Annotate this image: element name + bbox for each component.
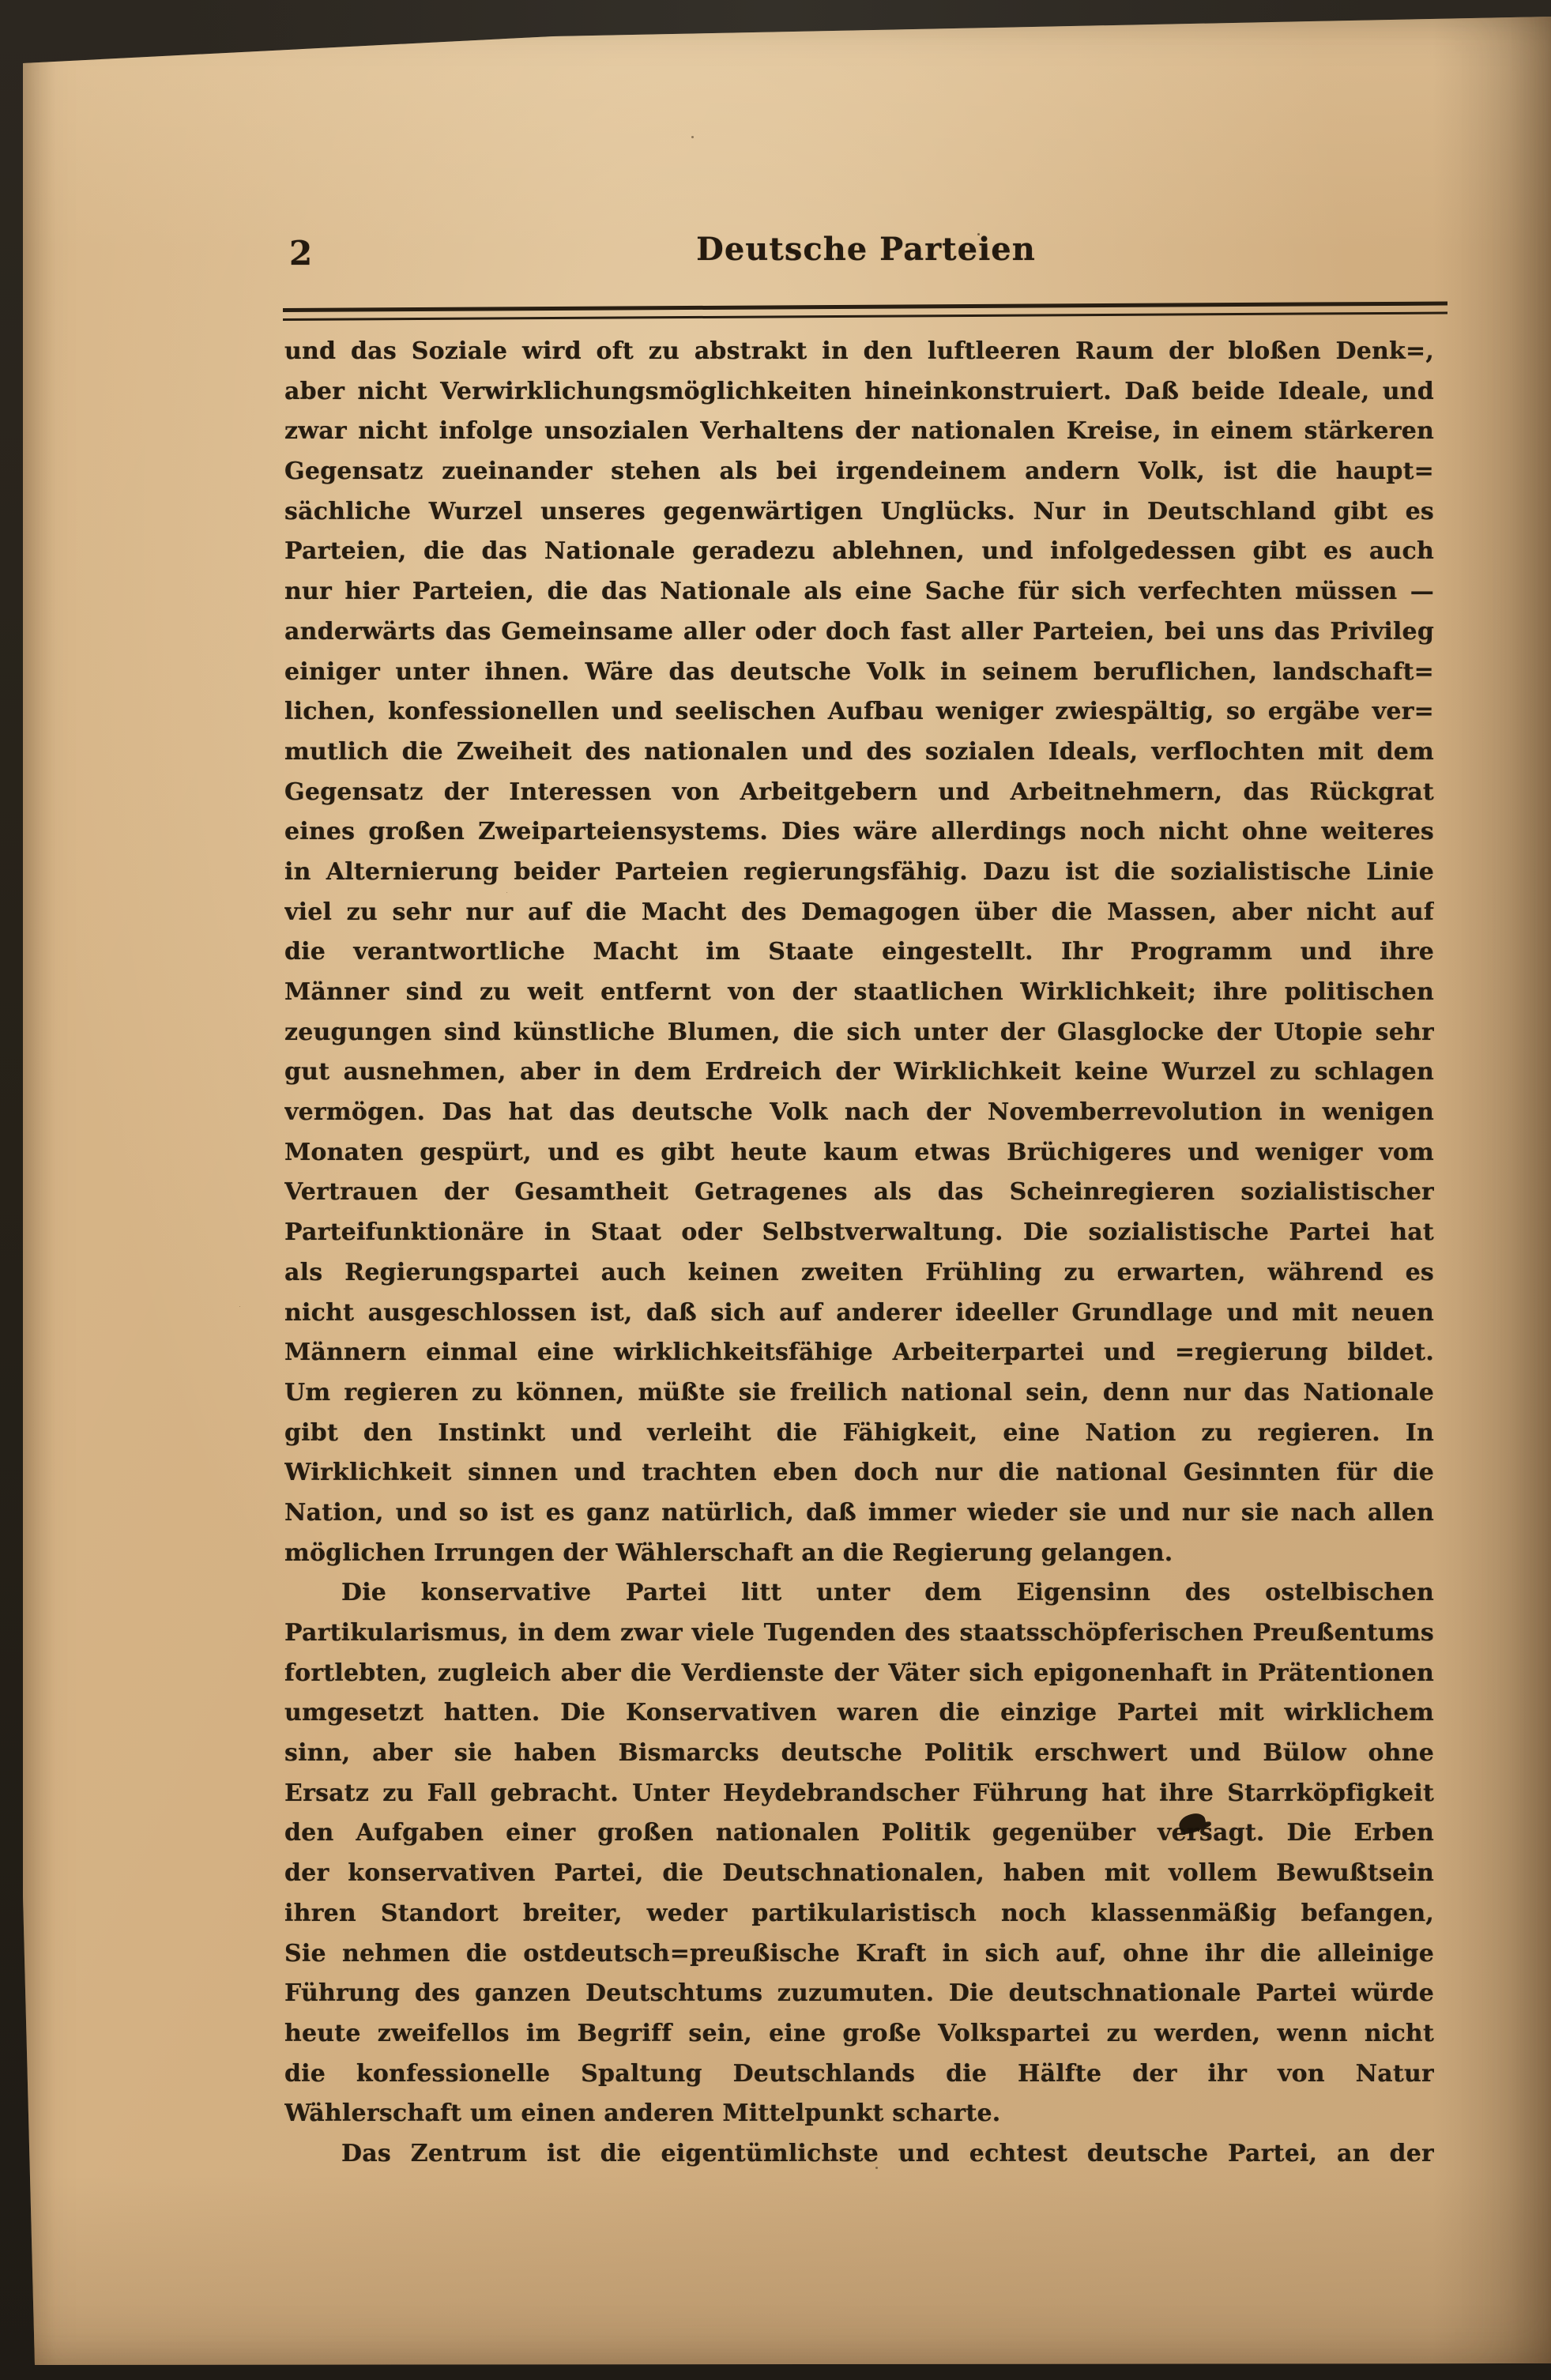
paper-speckles (0, 0, 2, 2)
text-line: fortlebten, zugleich aber die Verdienste… (284, 1654, 1434, 1694)
paragraph: Die konservative Partei litt unter dem E… (284, 1573, 1434, 2134)
text-line: in Alternierung beider Parteien regierun… (284, 853, 1434, 893)
text-line: der konservativen Partei, die Deutschnat… (284, 1854, 1434, 1894)
text-line: Vertrauen der Gesamtheit Getragenes als … (284, 1173, 1434, 1213)
header-rule-top (283, 302, 1447, 312)
text-line: den Aufgaben einer großen nationalen Pol… (284, 1813, 1434, 1854)
text-line: Die konservative Partei litt unter dem E… (284, 1573, 1434, 1614)
text-line: Wählerschaft um einen anderen Mittelpunk… (284, 2094, 1434, 2134)
text-line: Parteien, die das Nationale geradezu abl… (284, 532, 1434, 572)
text-line: Gegensatz der Interessen von Arbeitgeber… (284, 773, 1434, 813)
paragraph: und das Soziale wird oft zu abstrakt in … (284, 332, 1434, 1573)
text-line: ihren Standort breiter, weder partikular… (284, 1894, 1434, 1934)
text-line: möglichen Irrungen der Wählerschaft an d… (284, 1534, 1434, 1574)
text-line: aber nicht Verwirklichungsmöglichkeiten … (284, 372, 1434, 412)
text-line: und das Soziale wird oft zu abstrakt in … (284, 332, 1434, 372)
text-line: als Regierungspartei auch keinen zweiten… (284, 1253, 1434, 1294)
text-line: Nation, und so ist es ganz natürlich, da… (284, 1493, 1434, 1534)
text-line: Sie nehmen die ostdeutsch=preußische Kra… (284, 1934, 1434, 1975)
scanner-background: { "document": { "page_number": "2", "run… (0, 0, 1551, 2380)
text-line: gibt den Instinkt und verleiht die Fähig… (284, 1414, 1434, 1454)
book-page: 2 Deutsche Parteien und das Soziale wird… (0, 0, 1551, 2380)
text-line: zwar nicht infolge unsozialen Verhaltens… (284, 412, 1434, 452)
text-line: gut ausnehmen, aber in dem Erdreich der … (284, 1053, 1434, 1093)
text-line: Monaten gespürt, und es gibt heute kaum … (284, 1133, 1434, 1173)
text-line: Partikularismus, in dem zwar viele Tugen… (284, 1614, 1434, 1654)
text-line: Gegensatz zueinander stehen als bei irge… (284, 452, 1434, 492)
text-line: Parteifunktionäre in Staat oder Selbstve… (284, 1213, 1434, 1253)
text-line: heute zweifellos im Begriff sein, eine g… (284, 2014, 1434, 2054)
text-line: Männern einmal eine wirklichkeitsfähige … (284, 1333, 1434, 1373)
text-line: nicht ausgeschlossen ist, daß sich auf a… (284, 1294, 1434, 1334)
text-line: anderwärts das Gemeinsame aller oder doc… (284, 612, 1434, 653)
text-line: Wirklichkeit sinnen und trachten eben do… (284, 1453, 1434, 1493)
header-rule-bottom (283, 312, 1447, 321)
text-line: die konfessionelle Spaltung Deutschlands… (284, 2054, 1434, 2095)
paragraph: Das Zentrum ist die eigentümlichste und … (284, 2134, 1434, 2175)
text-line: Das Zentrum ist die eigentümlichste und … (284, 2134, 1434, 2175)
text-line: nur hier Parteien, die das Nationale als… (284, 572, 1434, 612)
text-line: vermögen. Das hat das deutsche Volk nach… (284, 1093, 1434, 1133)
text-line: zeugungen sind künstliche Blumen, die si… (284, 1013, 1434, 1053)
text-line: die verantwortliche Macht im Staate eing… (284, 932, 1434, 973)
text-line: Ersatz zu Fall gebracht. Unter Heydebran… (284, 1774, 1434, 1814)
text-line: Männer sind zu weit entfernt von der sta… (284, 973, 1434, 1013)
text-line: einiger unter ihnen. Wäre das deutsche V… (284, 653, 1434, 693)
text-line: eines großen Zweiparteiensystems. Dies w… (284, 812, 1434, 853)
text-line: sinn, aber sie haben Bismarcks deutsche … (284, 1734, 1434, 1774)
running-title: Deutsche Parteien (284, 231, 1447, 268)
text-line: Um regieren zu können, müßte sie freilic… (284, 1373, 1434, 1414)
text-line: Führung des ganzen Deutschtums zuzumuten… (284, 1974, 1434, 2014)
text-line: sächliche Wurzel unseres gegenwärtigen U… (284, 492, 1434, 533)
text-line: viel zu sehr nur auf die Macht des Demag… (284, 893, 1434, 933)
text-line: mutlich die Zweiheit des nationalen und … (284, 732, 1434, 773)
text-line: umgesetzt hatten. Die Konservativen ware… (284, 1693, 1434, 1734)
text-line: lichen, konfessionellen und seelischen A… (284, 692, 1434, 732)
page-text: und das Soziale wird oft zu abstrakt in … (284, 332, 1434, 2175)
